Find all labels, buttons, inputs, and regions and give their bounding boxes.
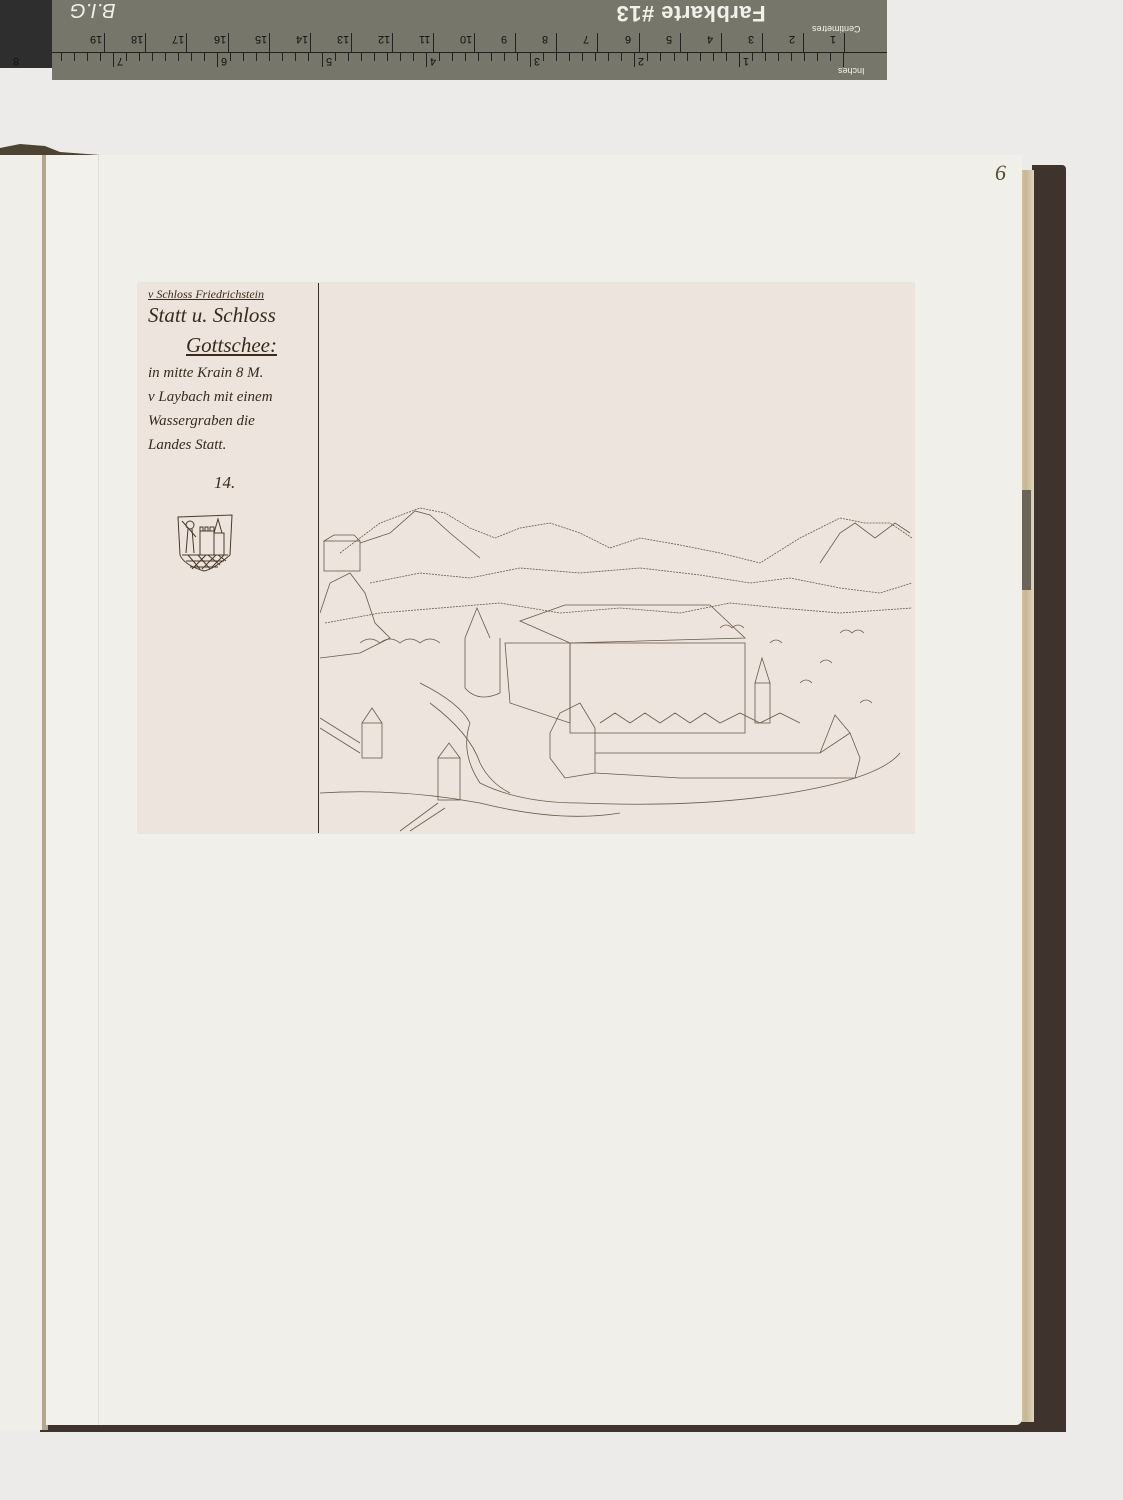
cm-number: 5 xyxy=(666,33,672,45)
inch-tick xyxy=(608,53,609,61)
inch-tick xyxy=(361,53,362,61)
inch-tick xyxy=(165,53,166,61)
cm-number: 9 xyxy=(501,33,507,45)
cm-tick xyxy=(762,33,763,52)
inch-number: 5 xyxy=(326,55,332,67)
inch-tick xyxy=(726,53,727,61)
coat-of-arms-icon xyxy=(174,511,236,573)
inch-tick xyxy=(791,53,792,61)
page-number: 6 xyxy=(995,160,1006,186)
cm-number: 10 xyxy=(460,33,472,45)
inch-tick xyxy=(582,53,583,61)
cm-tick xyxy=(392,33,393,52)
cm-number: 17 xyxy=(172,33,184,45)
inch-tick xyxy=(400,53,401,61)
caption-line: v Schloss Friedrichstein xyxy=(148,287,264,302)
cm-tick xyxy=(515,33,516,52)
inch-tick xyxy=(439,53,440,61)
inch-tick xyxy=(74,53,75,61)
inch-tick xyxy=(569,53,570,61)
caption-line: Wassergraben die xyxy=(148,413,255,430)
cm-number: 6 xyxy=(625,33,631,45)
inch-tick xyxy=(61,53,62,61)
cm-number: 19 xyxy=(90,33,102,45)
cm-label: Centimetres xyxy=(812,24,861,34)
inch-tick xyxy=(765,53,766,61)
ruler-brand: Farbkarte #13 xyxy=(616,0,766,26)
cm-number: 18 xyxy=(131,33,143,45)
inch-tick xyxy=(256,53,257,61)
inch-tick xyxy=(113,53,114,67)
inch-number: 2 xyxy=(638,55,644,67)
inch-number: 8 xyxy=(13,55,19,67)
inch-tick xyxy=(543,53,544,61)
inch-tick xyxy=(282,53,283,61)
inch-tick xyxy=(243,53,244,61)
cm-tick xyxy=(721,33,722,52)
inch-tick xyxy=(491,53,492,61)
inch-tick xyxy=(739,53,740,67)
caption-line: v Laybach mit einem xyxy=(148,389,273,406)
inch-number: 4 xyxy=(430,55,436,67)
inch-tick xyxy=(700,53,701,61)
inch-tick xyxy=(660,53,661,61)
inch-tick xyxy=(465,53,466,61)
cm-tick xyxy=(844,33,845,52)
inch-tick xyxy=(687,53,688,61)
cm-tick xyxy=(474,33,475,52)
cm-tick xyxy=(680,33,681,52)
cm-number: 8 xyxy=(542,33,548,45)
inch-tick xyxy=(374,53,375,61)
inch-tick xyxy=(426,53,427,67)
inch-tick xyxy=(139,53,140,61)
page-stub xyxy=(46,155,99,1425)
page-edge-stain xyxy=(1021,490,1031,590)
cm-tick xyxy=(186,33,187,52)
inch-tick xyxy=(322,53,323,67)
inch-tick xyxy=(348,53,349,61)
cm-number: 7 xyxy=(583,33,589,45)
inch-number: 7 xyxy=(117,55,123,67)
inch-tick xyxy=(308,53,309,61)
cm-tick xyxy=(597,33,598,52)
inch-tick xyxy=(674,53,675,61)
inch-tick xyxy=(217,53,218,67)
cm-number: 2 xyxy=(789,33,795,45)
cm-tick xyxy=(228,33,229,52)
cm-tick xyxy=(556,33,557,52)
cm-number: 3 xyxy=(748,33,754,45)
cm-number: 4 xyxy=(707,33,713,45)
inch-tick xyxy=(335,53,336,61)
inch-number: 3 xyxy=(534,55,540,67)
inch-tick xyxy=(295,53,296,61)
inch-tick xyxy=(752,53,753,61)
inch-tick xyxy=(530,53,531,67)
cm-tick xyxy=(433,33,434,52)
inch-tick xyxy=(269,53,270,61)
inch-number: 1 xyxy=(743,55,749,67)
inch-tick xyxy=(647,53,648,61)
inch-tick xyxy=(804,53,805,61)
book-cover xyxy=(1032,165,1066,1430)
castle-landscape-drawing xyxy=(320,283,914,833)
ruler-shadow xyxy=(0,0,52,68)
cm-number: 14 xyxy=(296,33,308,45)
inch-tick xyxy=(387,53,388,61)
left-page xyxy=(0,155,44,1430)
cm-number: 15 xyxy=(255,33,267,45)
inch-tick xyxy=(634,53,635,67)
inch-tick xyxy=(843,53,844,67)
cm-tick xyxy=(803,33,804,52)
cm-number: 13 xyxy=(337,33,349,45)
cm-tick xyxy=(639,33,640,52)
inch-tick xyxy=(413,53,414,61)
inch-tick xyxy=(621,53,622,61)
inch-tick xyxy=(152,53,153,61)
inch-tick xyxy=(830,53,831,61)
inch-tick xyxy=(478,53,479,61)
inch-tick xyxy=(778,53,779,61)
inch-tick xyxy=(452,53,453,61)
caption-line: Landes Statt. xyxy=(148,437,226,454)
cm-tick xyxy=(145,33,146,52)
inch-tick xyxy=(178,53,179,61)
drawing-sheet: v Schloss Friedrichstein Statt u. Schlos… xyxy=(138,283,914,833)
inch-tick xyxy=(595,53,596,61)
inch-tick xyxy=(191,53,192,61)
inch-tick xyxy=(556,53,557,61)
cm-tick xyxy=(310,33,311,52)
inch-tick xyxy=(100,53,101,61)
caption-number: 14. xyxy=(214,473,235,493)
inch-tick xyxy=(204,53,205,61)
inch-tick xyxy=(517,53,518,61)
ruler-mark: B.I.G xyxy=(70,0,116,21)
inch-tick xyxy=(713,53,714,61)
caption-line: in mitte Krain 8 M. xyxy=(148,365,263,382)
color-card-ruler: B.I.G Farbkarte #13 Centimetres Inches 1… xyxy=(52,0,887,80)
caption-panel: v Schloss Friedrichstein Statt u. Schlos… xyxy=(138,283,319,833)
cm-tick xyxy=(104,33,105,52)
cm-number: 11 xyxy=(419,33,430,45)
cm-number: 12 xyxy=(378,33,390,45)
inch-tick xyxy=(817,53,818,61)
inch-number: 6 xyxy=(221,55,227,67)
cm-tick xyxy=(269,33,270,52)
caption-line: Statt u. Schloss xyxy=(148,303,276,328)
inch-label: Inches xyxy=(838,66,865,76)
cm-number: 16 xyxy=(214,33,226,45)
caption-title: Gottschee: xyxy=(186,333,277,358)
cm-tick xyxy=(351,33,352,52)
inch-tick xyxy=(87,53,88,61)
inch-tick xyxy=(230,53,231,61)
inch-tick xyxy=(504,53,505,61)
cm-number: 1 xyxy=(830,33,836,45)
inch-tick xyxy=(126,53,127,61)
